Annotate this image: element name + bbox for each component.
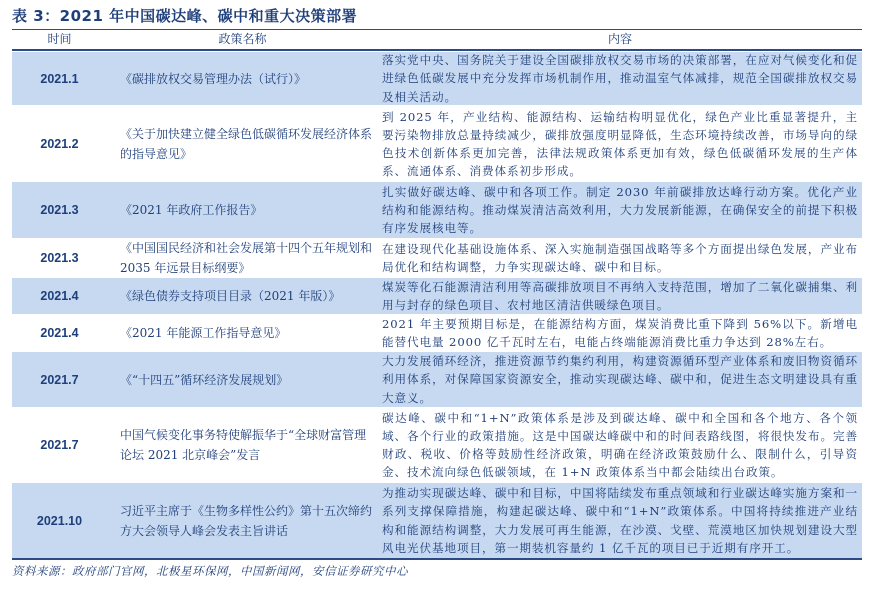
row-content: 在建设现代化基础设施体系、深入实施制造强国战略等多个方面提出绿色发展，产业布局优… xyxy=(378,239,862,277)
table-row: 2021.7 《“十四五”循环经济发展规划》 大力发展循环经济，推进资源节约集约… xyxy=(12,352,862,407)
header-policy: 政策名称 xyxy=(107,30,378,48)
row-time: 2021.2 xyxy=(12,107,107,181)
row-content: 为推动实现碳达峰、碳中和目标，中国将陆续发布重点领域和行业碳达峰实施方案和一系列… xyxy=(378,483,862,558)
table-row: 2021.3 《中国国民经济和社会发展第十四个五年规划和 2035 年远景目标纲… xyxy=(12,239,862,277)
row-policy: 《2021 年能源工作指导意见》 xyxy=(107,315,378,351)
table-row: 2021.3 《2021 年政府工作报告》 扎实做好碳达峰、碳中和各项工作。制定… xyxy=(12,182,862,238)
row-time: 2021.4 xyxy=(12,315,107,351)
header-content: 内容 xyxy=(378,30,862,48)
table-row: 2021.1 《碳排放权交易管理办法（试行）》 落实党中央、国务院关于建设全国碳… xyxy=(12,52,862,105)
row-time: 2021.4 xyxy=(12,278,107,314)
row-policy: 中国气候变化事务特使解振华于“全球财富管理论坛 2021 北京峰会”发言 xyxy=(107,408,378,482)
row-time: 2021.7 xyxy=(12,352,107,407)
table-row: 2021.7 中国气候变化事务特使解振华于“全球财富管理论坛 2021 北京峰会… xyxy=(12,408,862,482)
row-policy: 《“十四五”循环经济发展规划》 xyxy=(107,352,378,407)
row-policy: 《2021 年政府工作报告》 xyxy=(107,182,378,238)
table-row: 2021.4 《2021 年能源工作指导意见》 2021 年主要预期目标是，在能… xyxy=(12,315,862,351)
row-content: 大力发展循环经济，推进资源节约集约利用，构建资源循环型产业体系和废旧物资循环利用… xyxy=(378,352,862,407)
table-row: 2021.2 《关于加快建立健全绿色低碳循环发展经济体系的指导意见》 到 202… xyxy=(12,107,862,181)
row-policy: 《碳排放权交易管理办法（试行）》 xyxy=(107,52,378,105)
table-title: 表 3：2021 年中国碳达峰、碳中和重大决策部署 xyxy=(12,5,357,26)
table-row: 2021.10 习近平主席于《生物多样性公约》第十五次缔约方大会领导人峰会发表主… xyxy=(12,483,862,558)
row-policy: 习近平主席于《生物多样性公约》第十五次缔约方大会领导人峰会发表主旨讲话 xyxy=(107,483,378,558)
row-content: 2021 年主要预期目标是，在能源结构方面，煤炭消费比重下降到 56%以下。新增… xyxy=(378,315,862,351)
header-time: 时间 xyxy=(12,30,107,48)
row-policy: 《关于加快建立健全绿色低碳循环发展经济体系的指导意见》 xyxy=(107,107,378,181)
row-time: 2021.7 xyxy=(12,408,107,482)
row-time: 2021.1 xyxy=(12,52,107,105)
row-policy: 《绿色债券支持项目目录（2021 年版）》 xyxy=(107,278,378,314)
row-content: 碳达峰、碳中和“1+N”政策体系是涉及到碳达峰、碳中和全国和各个地方、各个领域、… xyxy=(378,408,862,482)
source-note: 资料来源：政府部门官网，北极星环保网，中国新闻网，安信证券研究中心 xyxy=(12,563,408,579)
row-content: 煤炭等化石能源清洁利用等高碳排放项目不再纳入支持范围，增加了二氧化碳捕集、利用与… xyxy=(378,278,862,314)
row-policy: 《中国国民经济和社会发展第十四个五年规划和 2035 年远景目标纲要》 xyxy=(107,239,378,277)
table-row: 2021.4 《绿色债券支持项目目录（2021 年版）》 煤炭等化石能源清洁利用… xyxy=(12,278,862,314)
row-content: 落实党中央、国务院关于建设全国碳排放权交易市场的决策部署，在应对气候变化和促进绿… xyxy=(378,52,862,105)
row-content: 到 2025 年，产业结构、能源结构、运输结构明显优化，绿色产业比重显著提升，主… xyxy=(378,107,862,181)
row-time: 2021.3 xyxy=(12,239,107,277)
table-bottom-rule xyxy=(12,558,862,560)
row-time: 2021.3 xyxy=(12,182,107,238)
table-header: 时间 政策名称 内容 xyxy=(12,30,862,48)
row-content: 扎实做好碳达峰、碳中和各项工作。制定 2030 年前碳排放达峰行动方案。优化产业… xyxy=(378,182,862,238)
row-time: 2021.10 xyxy=(12,483,107,558)
